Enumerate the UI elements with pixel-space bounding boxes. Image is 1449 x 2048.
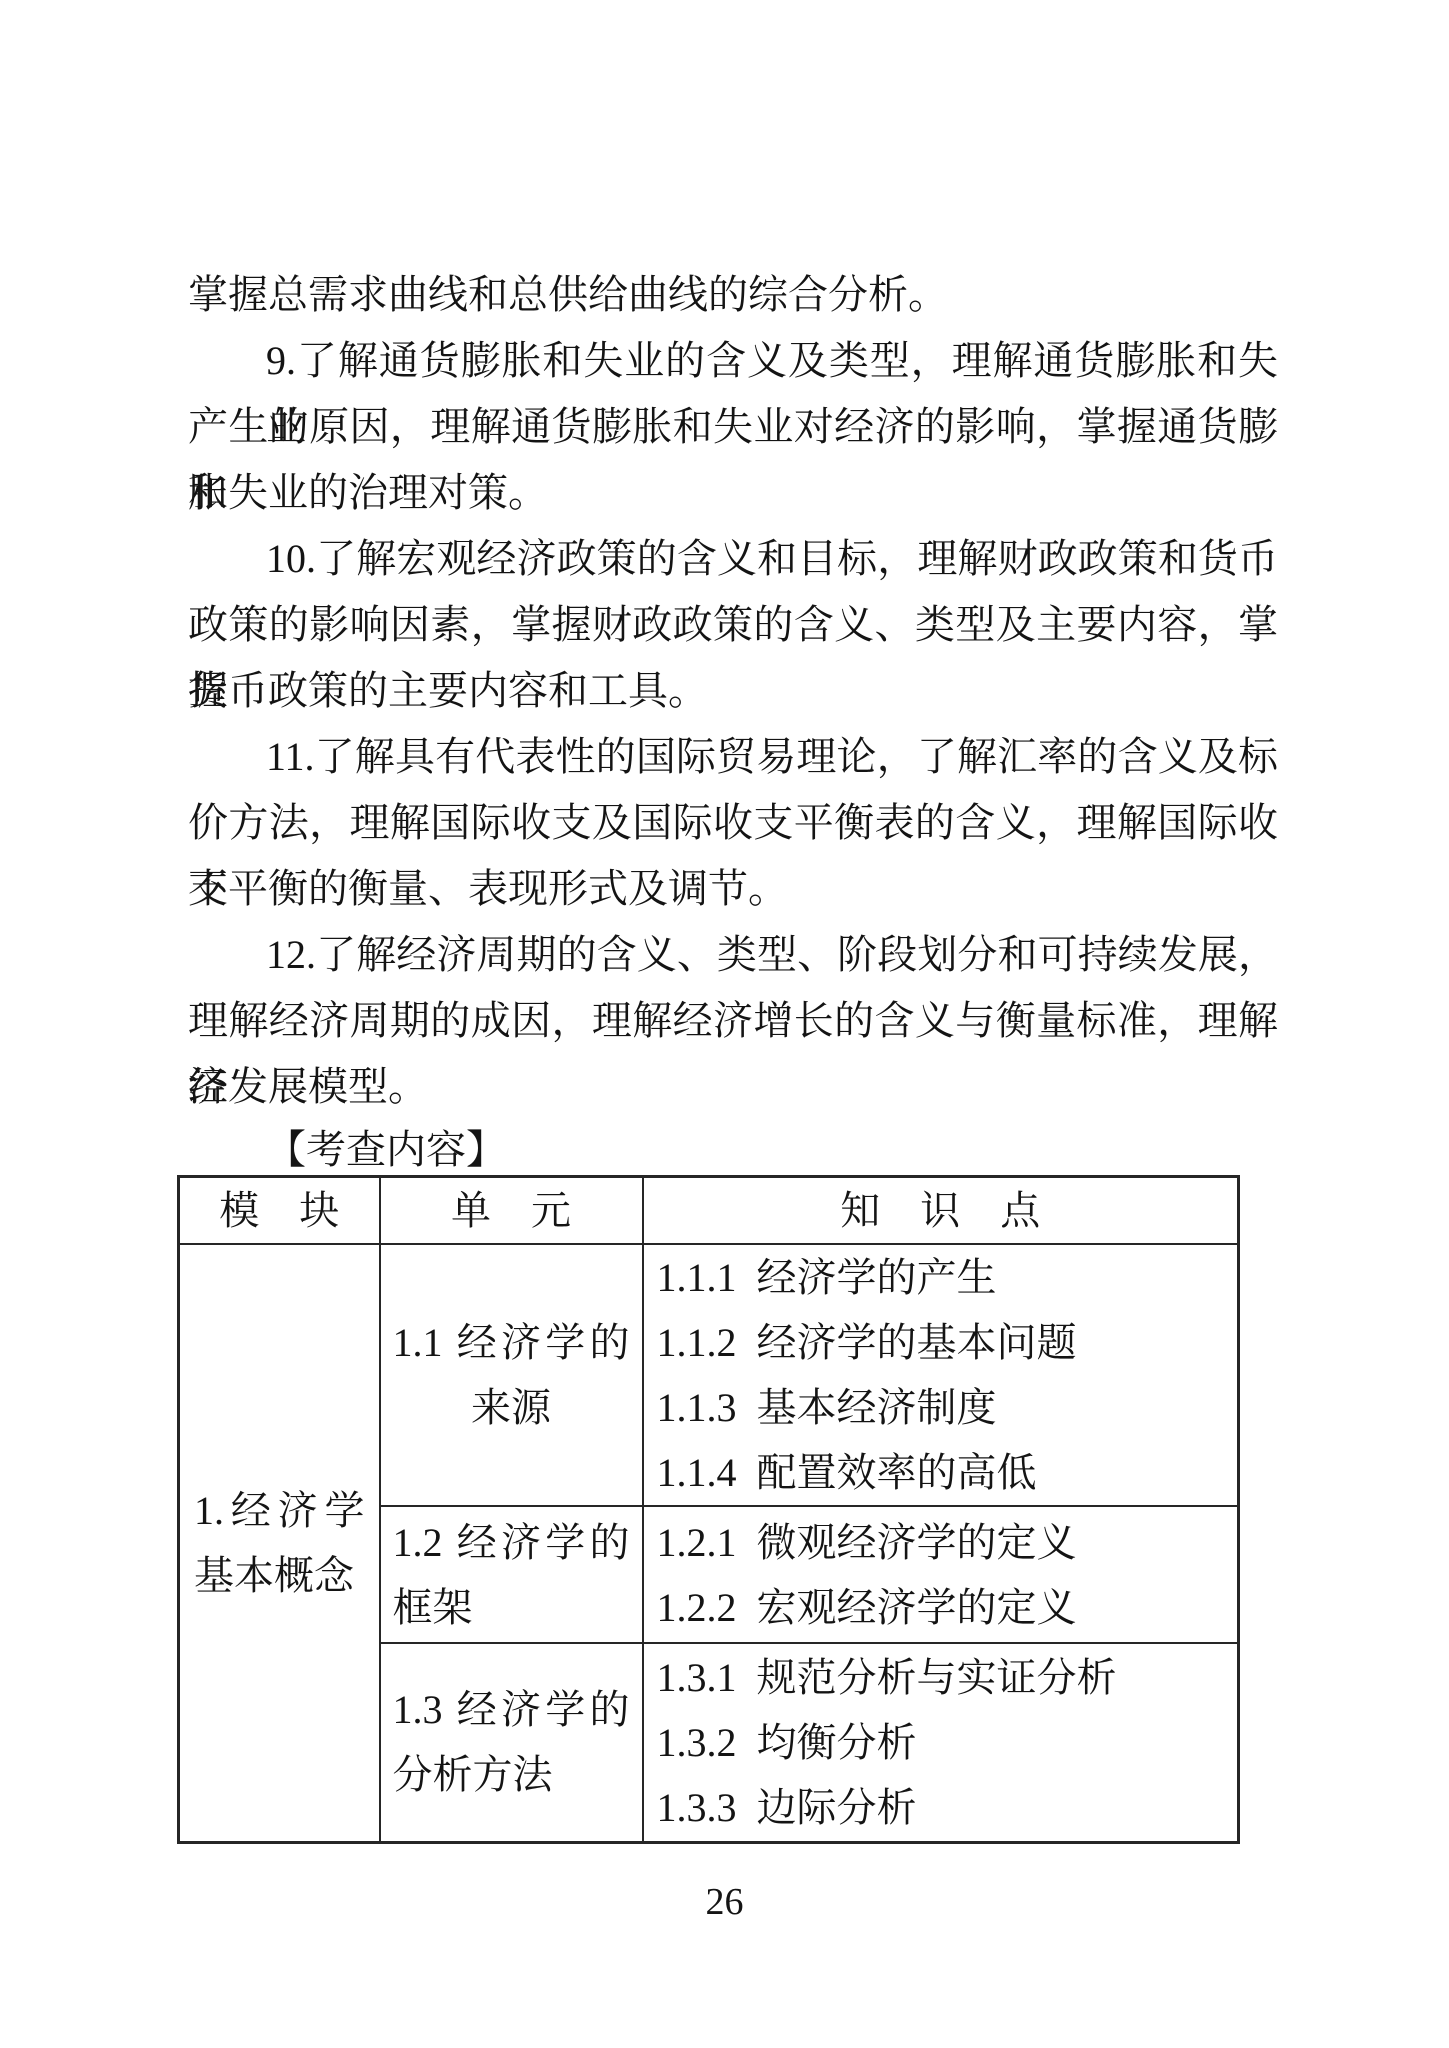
knowledge-point: 1.2.2 宏观经济学的定义 bbox=[644, 1575, 1238, 1640]
paragraph-line: 价方法，理解国际收支及国际收支平衡表的含义，理解国际收支 bbox=[188, 790, 1278, 856]
paragraph-line: 不平衡的衡量、表现形式及调节。 bbox=[188, 856, 1278, 922]
paragraph-line: 和失业的治理对策。 bbox=[188, 460, 1278, 526]
paragraph-line: 理解经济周期的成因，理解经济增长的含义与衡量标准，理解经 bbox=[188, 988, 1278, 1054]
knowledge-cell: 1.1.1 经济学的产生 1.1.2 经济学的基本问题 1.1.3 基本经济制度… bbox=[643, 1244, 1239, 1506]
unit-line: 分析方法 bbox=[381, 1742, 642, 1807]
knowledge-point: 1.1.1 经济学的产生 bbox=[644, 1245, 1238, 1310]
section-heading: 【考查内容】 bbox=[188, 1117, 506, 1183]
knowledge-point: 1.1.3 基本经济制度 bbox=[644, 1375, 1238, 1440]
knowledge-point: 1.1.4 配置效率的高低 bbox=[644, 1440, 1238, 1505]
paragraph-line: 10.了解宏观经济政策的含义和目标，理解财政政策和货币 bbox=[188, 526, 1278, 592]
unit-line: 框架 bbox=[381, 1575, 642, 1640]
paragraph-line: 货币政策的主要内容和工具。 bbox=[188, 658, 1278, 724]
paragraph-line: 掌握总需求曲线和总供给曲线的综合分析。 bbox=[188, 262, 1278, 328]
paragraph-line: 11.了解具有代表性的国际贸易理论，了解汇率的含义及标 bbox=[188, 724, 1278, 790]
unit-line: 来源 bbox=[381, 1375, 642, 1440]
unit-cell: 1.3 经济学的 分析方法 bbox=[380, 1643, 643, 1842]
unit-cell: 1.1 经济学的 来源 bbox=[380, 1244, 643, 1506]
header-unit: 单 元 bbox=[380, 1177, 643, 1245]
unit-line: 1.3 经济学的 bbox=[381, 1677, 642, 1742]
document-page: { "body_lines": [ "掌握总需求曲线和总供给曲线的综合分析。",… bbox=[0, 0, 1449, 2048]
exam-content-table: 模 块 单 元 知 识 点 1.经济学 基本概念 1.1 经济学的 来源 1.1… bbox=[177, 1175, 1240, 1844]
table-row: 1.经济学 基本概念 1.1 经济学的 来源 1.1.1 经济学的产生 1.1.… bbox=[179, 1244, 1239, 1506]
paragraph-line: 9.了解通货膨胀和失业的含义及类型，理解通货膨胀和失业 bbox=[188, 328, 1278, 394]
module-line: 基本概念 bbox=[180, 1543, 379, 1608]
paragraph-line: 政策的影响因素，掌握财政政策的含义、类型及主要内容，掌握 bbox=[188, 592, 1278, 658]
table-header-row: 模 块 单 元 知 识 点 bbox=[179, 1177, 1239, 1245]
paragraph-line: 济发展模型。 bbox=[188, 1054, 1278, 1120]
knowledge-point: 1.3.2 均衡分析 bbox=[644, 1710, 1238, 1775]
knowledge-cell: 1.2.1 微观经济学的定义 1.2.2 宏观经济学的定义 bbox=[643, 1506, 1239, 1643]
knowledge-cell: 1.3.1 规范分析与实证分析 1.3.2 均衡分析 1.3.3 边际分析 bbox=[643, 1643, 1239, 1842]
module-line: 1.经济学 bbox=[180, 1478, 379, 1543]
paragraph-line: 产生的原因，理解通货膨胀和失业对经济的影响，掌握通货膨胀 bbox=[188, 394, 1278, 460]
knowledge-point: 1.3.1 规范分析与实证分析 bbox=[644, 1645, 1238, 1710]
module-cell: 1.经济学 基本概念 bbox=[179, 1244, 380, 1842]
unit-line: 1.2 经济学的 bbox=[381, 1510, 642, 1575]
knowledge-point: 1.1.2 经济学的基本问题 bbox=[644, 1310, 1238, 1375]
unit-line: 1.1 经济学的 bbox=[381, 1310, 642, 1375]
knowledge-point: 1.3.3 边际分析 bbox=[644, 1775, 1238, 1840]
unit-cell: 1.2 经济学的 框架 bbox=[380, 1506, 643, 1643]
header-knowledge: 知 识 点 bbox=[643, 1177, 1239, 1245]
paragraph-line: 12.了解经济周期的含义、类型、阶段划分和可持续发展， bbox=[188, 922, 1278, 988]
page-number: 26 bbox=[0, 1880, 1449, 1924]
knowledge-point: 1.2.1 微观经济学的定义 bbox=[644, 1510, 1238, 1575]
body-text: 掌握总需求曲线和总供给曲线的综合分析。 9.了解通货膨胀和失业的含义及类型，理解… bbox=[188, 262, 1278, 1120]
header-module: 模 块 bbox=[179, 1177, 380, 1245]
